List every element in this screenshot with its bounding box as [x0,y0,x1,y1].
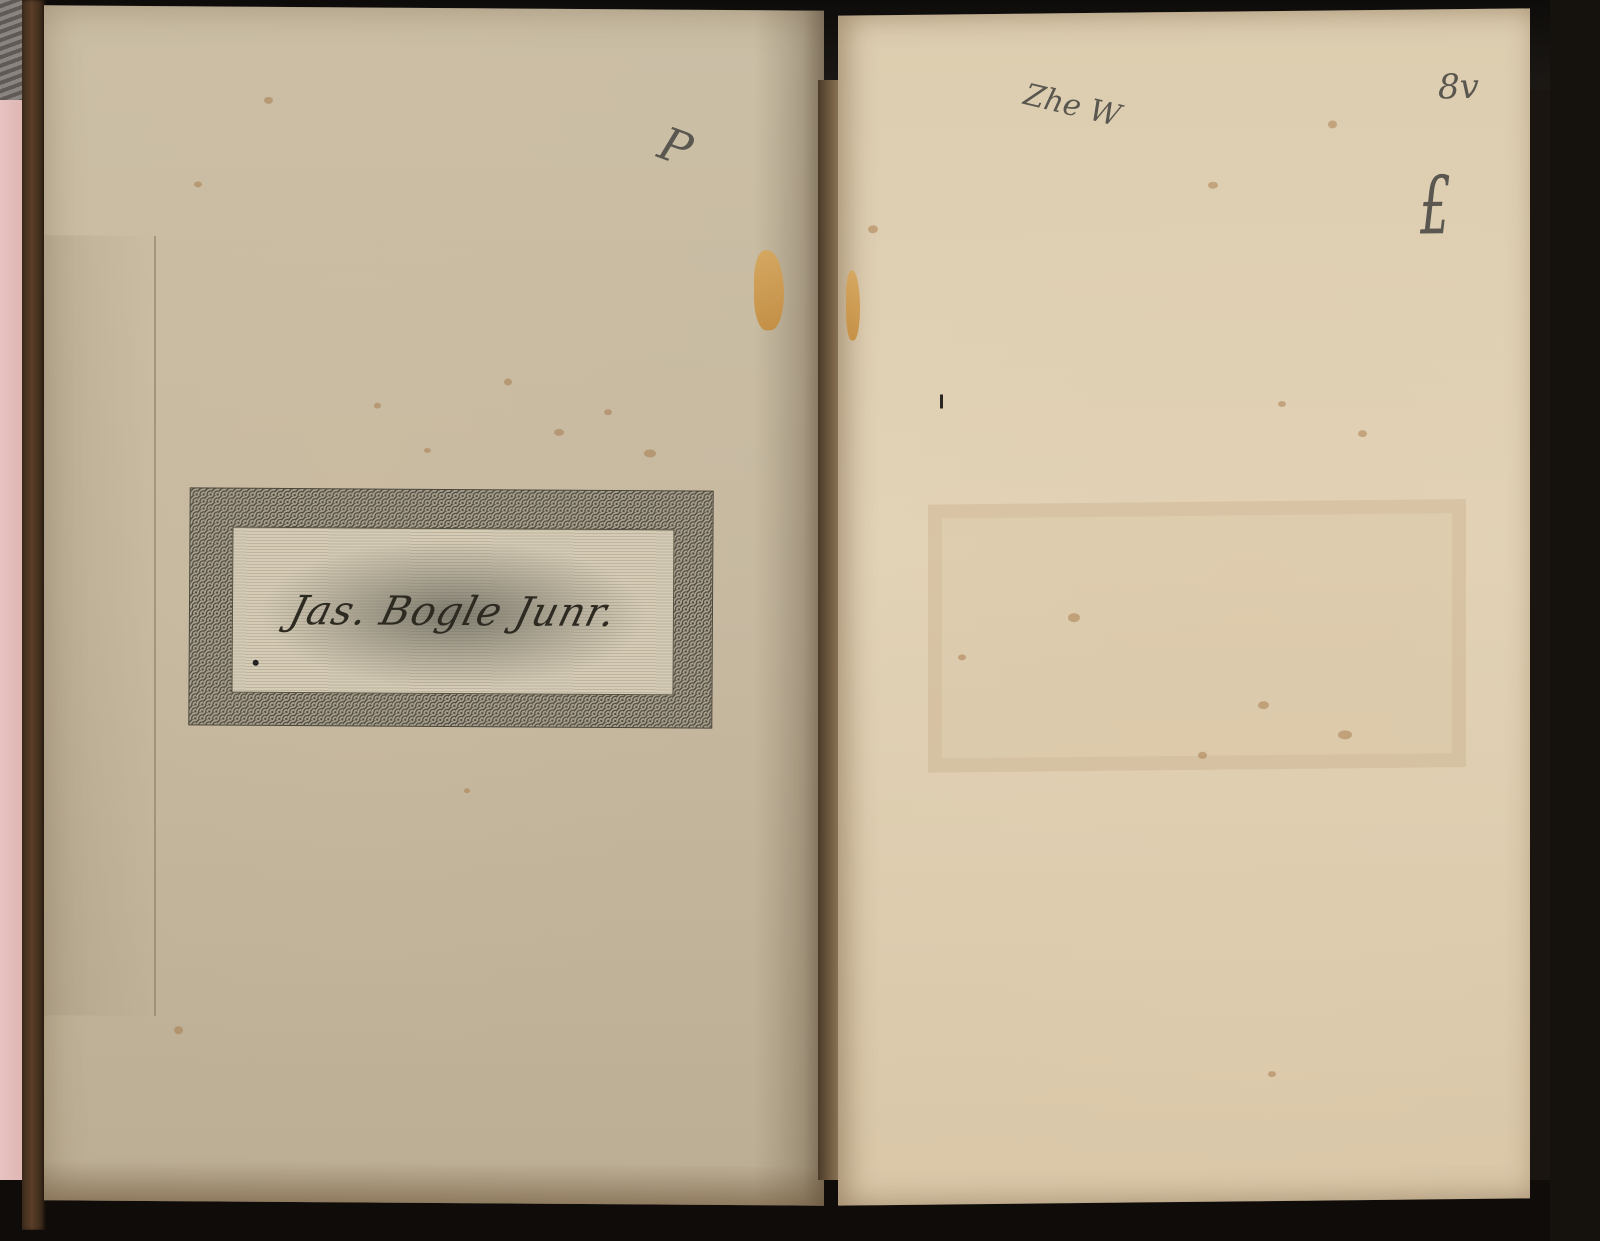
foxing-spot [374,403,381,409]
foxing-spot [868,225,878,233]
bookplate: Jas. Bogle Junr. [189,488,712,727]
foxing-spot [1198,752,1207,759]
foxing-spot [1358,430,1367,437]
bookplate-offset-ghost [928,499,1466,773]
foxing-spot [464,788,470,793]
ink-speck [940,395,943,409]
foxing-spot [1268,1071,1276,1077]
foxing-spot [194,181,202,187]
foxing-spot [1258,701,1269,709]
foxing-spot [1208,182,1218,189]
foxing-spot [504,378,512,385]
right-flyleaf-page: Zhe W 8v £ [838,8,1530,1205]
foxing-spot [1278,401,1286,407]
old-paste-residue [846,270,860,340]
marbled-board-corner [0,0,22,100]
foxing-spot [424,448,431,453]
page-bottom-shade [44,1160,824,1205]
foxing-spot [554,429,564,436]
foxing-spot [174,1026,183,1034]
bookplate-owner-name: Jas. Bogle Junr. [227,588,679,637]
dark-backdrop-right [1550,0,1600,1241]
foxing-spot [1328,120,1337,128]
foxing-spot [644,449,656,457]
pencil-price-mark: £ [1420,159,1451,252]
ink-dot [253,660,259,666]
bookplate-panel: Jas. Bogle Junr. [231,527,674,696]
cover-turn-in-outline [44,235,156,1016]
book-cover-edge [22,0,46,1230]
pencil-note-corner: 8v [1438,67,1479,107]
gutter-shadow [754,10,824,1205]
pencil-note-top: Zhe W [1020,77,1124,134]
foxing-spot [604,409,612,415]
foxing-spot [264,97,273,104]
pencil-mark: P [652,116,700,177]
